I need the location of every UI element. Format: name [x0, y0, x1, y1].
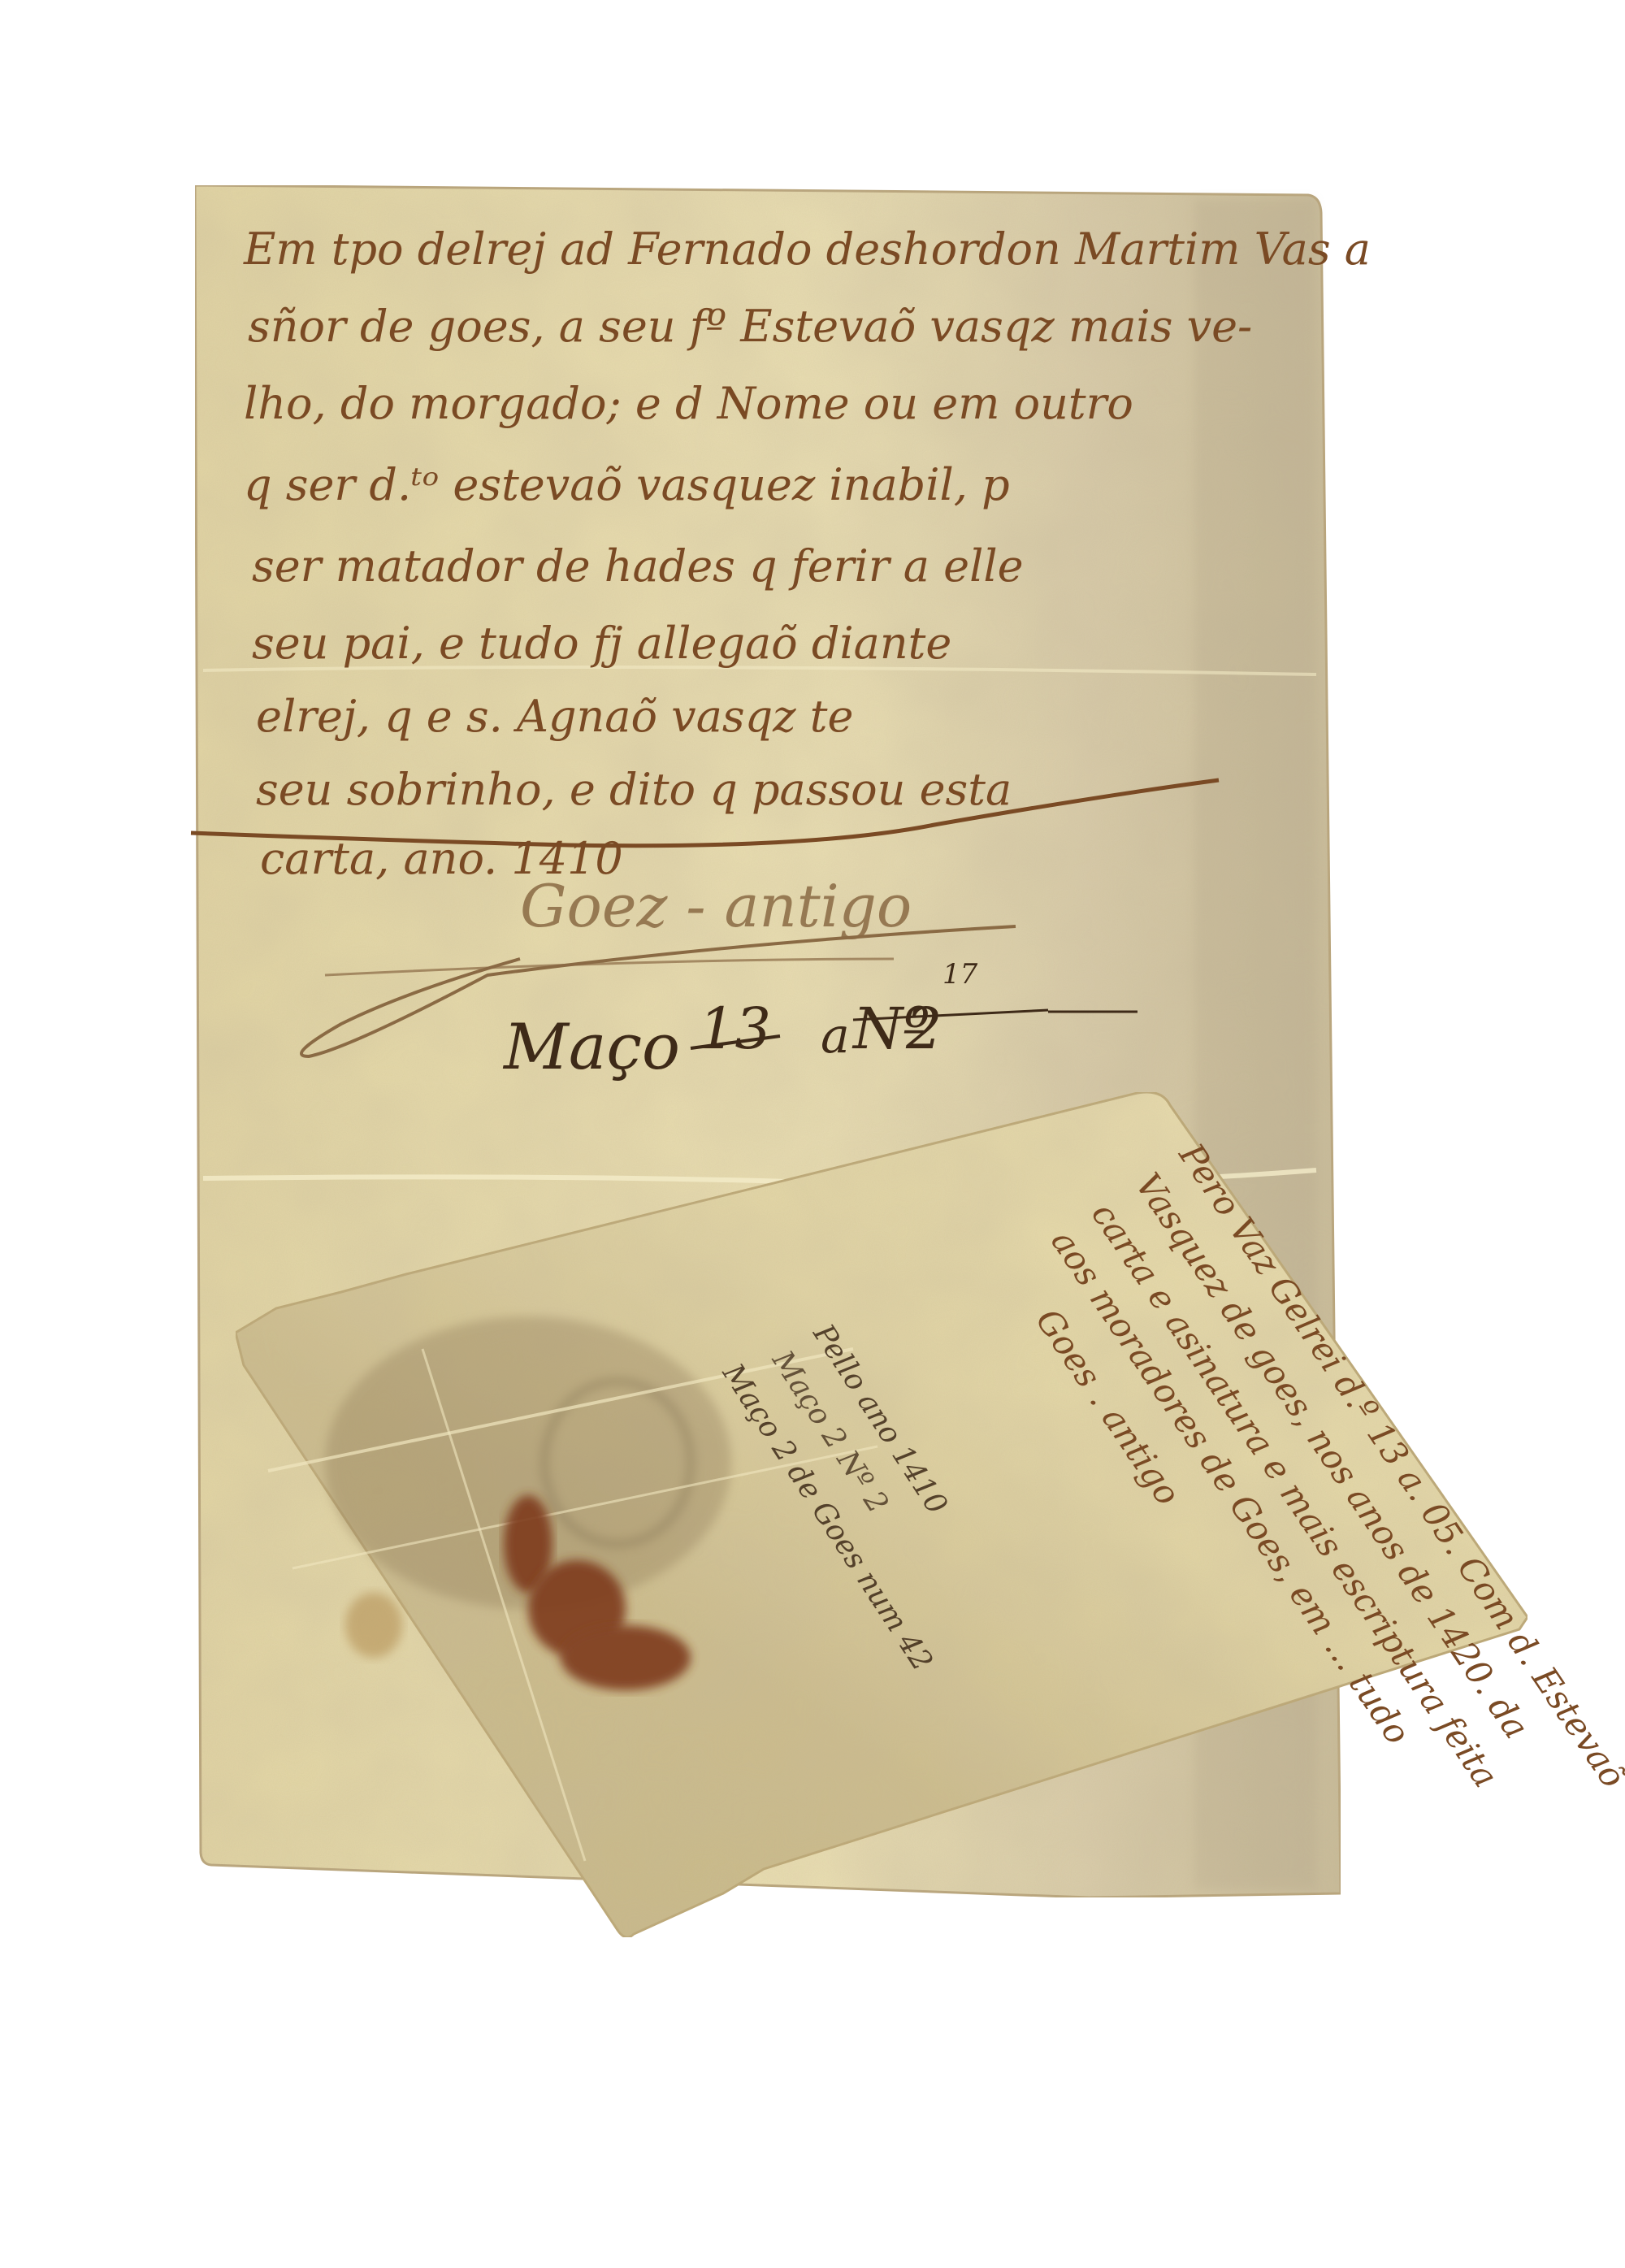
shelfmark-superscript: 17 [942, 958, 978, 991]
large-line-4: q ser d.ᵗᵒ estevaõ vasquez inabil, p [244, 459, 1010, 510]
large-line-6: seu pai, e tudo fj allegaõ diante [252, 618, 951, 669]
large-line-3: lho, do morgado; e d Nome ou em outro [244, 378, 1133, 429]
documents-photo: Em tpo delrej ad Fernado deshordon Marti… [0, 0, 1625, 2268]
large-line-8: seu sobrinho, e dito q passou esta [256, 764, 1012, 815]
large-line-5: ser matador de hades q ferir a elle [252, 540, 1024, 592]
large-line-2: sñor de goes, a seu fº Estevaõ vasqz mai… [248, 301, 1252, 352]
photo-stage: Em tpo delrej ad Fernado deshordon Marti… [0, 0, 1625, 2268]
large-heading: Goez - antigo [520, 872, 912, 940]
shelfmark-prefix: a [821, 1008, 850, 1065]
shelfmark-label: Maço [502, 1011, 680, 1084]
shelfmark-struck-number: 13 [699, 995, 771, 1062]
large-line-1: Em tpo delrej ad Fernado deshordon Marti… [243, 223, 1371, 275]
large-line-7: elrej, q e s. Agnaõ vasqz te [256, 691, 853, 742]
shelfmark-number: 2 [905, 995, 942, 1062]
